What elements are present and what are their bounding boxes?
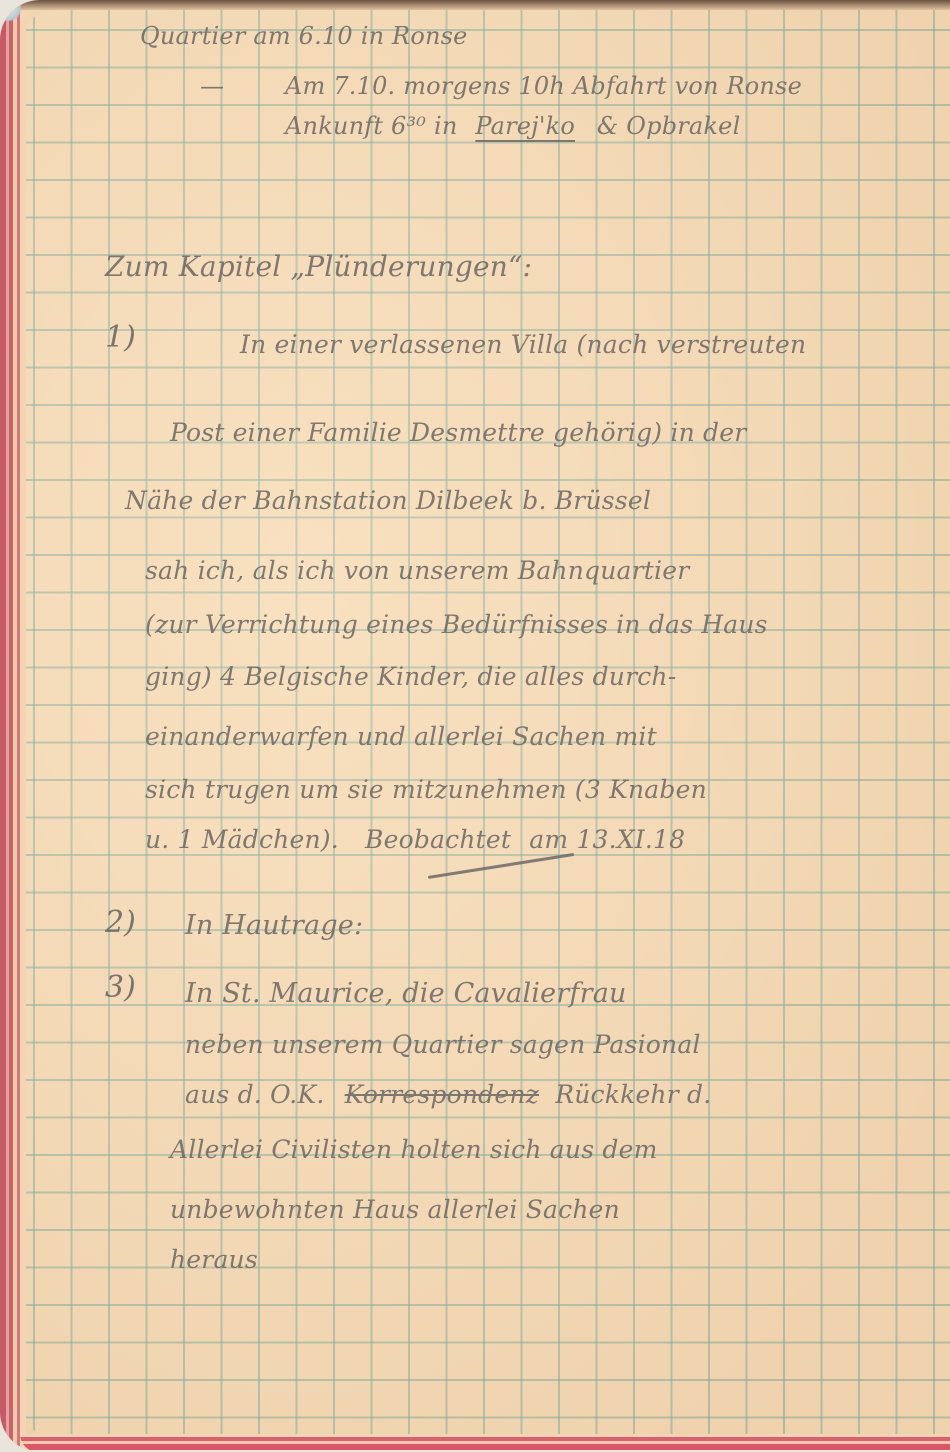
page-top-shadow	[0, 0, 950, 10]
item-1-line-5: (zur Verrichtung eines Bedürfnisses in d…	[145, 610, 768, 639]
item-3-line-3-text: aus d. O.K.	[185, 1080, 324, 1109]
item-1-line-4: sah ich, als ich von unserem Bahnquartie…	[145, 556, 689, 585]
header-line-3: Ankunft 6³⁰ in Parej'ko & Opbrakel	[285, 112, 740, 140]
arrival-place: Parej'ko	[475, 112, 575, 140]
item-2-number: 2)	[105, 905, 136, 940]
red-page-edge-left	[0, 0, 26, 1452]
item-1-line-8: sich trugen um sie mitzunehmen (3 Knaben	[145, 775, 707, 804]
item-1-line-1: In einer verlassenen Villa (nach verstre…	[240, 330, 806, 359]
item-1-line-6: ging) 4 Belgische Kinder, die alles durc…	[145, 662, 676, 691]
observed-date: am 13.XI.18	[529, 825, 685, 854]
item-1-line-9-text: u. 1 Mädchen).	[145, 825, 339, 854]
header-line-2: Am 7.10. morgens 10h Abfahrt von Ronse	[285, 72, 802, 100]
section-title: Zum Kapitel „Plünderungen“:	[105, 250, 532, 283]
arrival-suffix: & Opbrakel	[597, 112, 741, 140]
item-3-line-4: Allerlei Civilisten holten sich aus dem	[170, 1135, 657, 1164]
notebook-page: Quartier am 6.10 in Ronse — Am 7.10. mor…	[0, 0, 950, 1452]
item-3-line-1: In St. Maurice, die Cavalierfrau	[185, 978, 627, 1009]
item-1-line-3: Nähe der Bahnstation Dilbeek b. Brüssel	[125, 486, 651, 515]
item-3-line-2: neben unserem Quartier sagen Pasional	[185, 1030, 701, 1059]
item-1-number: 1)	[105, 320, 136, 355]
struck-out-word: Korrespondenz	[345, 1080, 539, 1109]
item-2-line-1: In Hautrage:	[185, 910, 363, 941]
item-3-number: 3)	[105, 970, 136, 1005]
arrival-prefix: Ankunft 6³⁰ in	[285, 112, 457, 140]
observed-label: Beobachtet	[365, 825, 511, 854]
item-1-line-2: Post einer Familie Desmettre gehörig) in…	[170, 418, 746, 447]
item-3-line-5: unbewohnten Haus allerlei Sachen	[170, 1195, 620, 1224]
item-1-line-7: einanderwarfen und allerlei Sachen mit	[145, 722, 657, 751]
red-page-edge-bottom	[20, 1434, 950, 1452]
corner-glare	[0, 0, 22, 22]
header-line-1: Quartier am 6.10 in Ronse	[140, 22, 468, 50]
after-strike-text: Rückkehr d.	[555, 1080, 711, 1109]
item-3-line-3: aus d. O.K. Korrespondenz Rückkehr d.	[185, 1080, 711, 1109]
item-3-line-6: heraus	[170, 1245, 258, 1274]
header-dash: —	[200, 72, 224, 100]
item-1-line-9: u. 1 Mädchen). Beobachtet am 13.XI.18	[145, 825, 685, 854]
